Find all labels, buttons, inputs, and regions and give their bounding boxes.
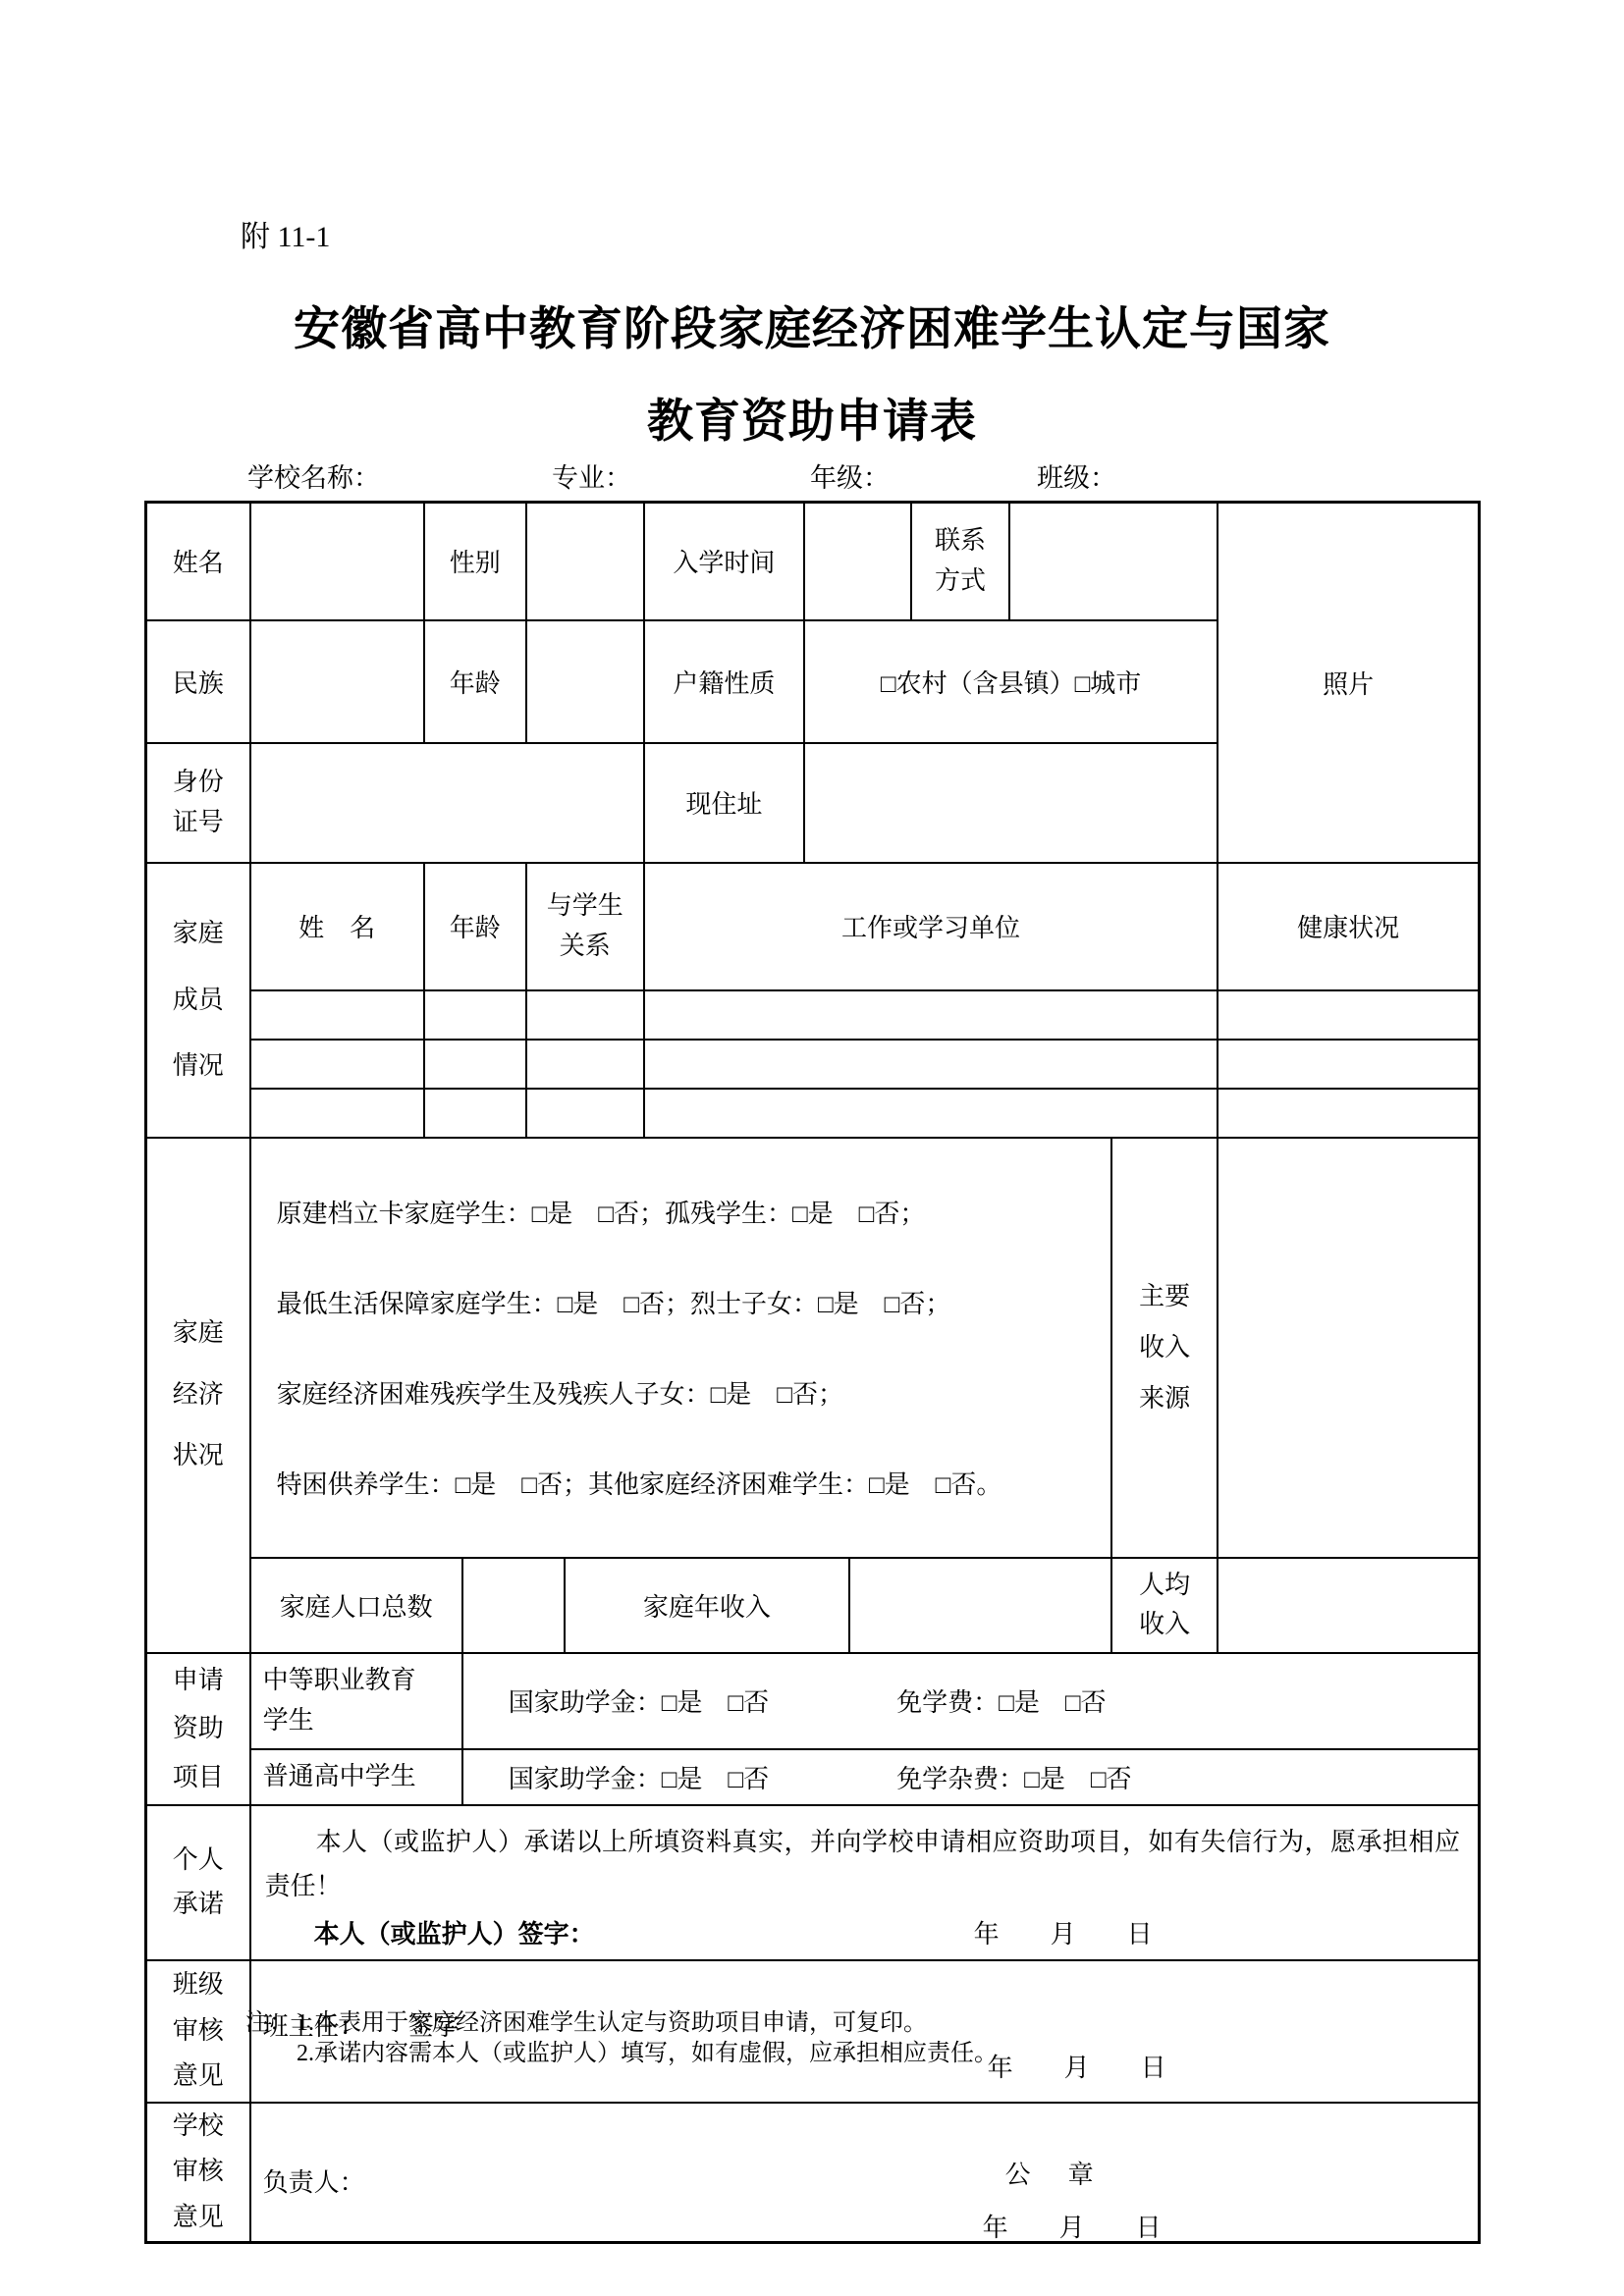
- member-name-cell: [250, 990, 424, 1040]
- major-label: 专业：: [552, 456, 631, 495]
- voc-grant-item: 国家助学金：□是 □否: [509, 1682, 769, 1719]
- high-items-cell: 国家助学金：□是 □否 免学杂费：□是 □否: [462, 1749, 1480, 1805]
- row-family-header: 家庭 成员 情况 姓 名 年龄 与学生 关系 工作或学习单位 健康状况: [146, 863, 1480, 990]
- member-age-cell: [424, 1089, 526, 1138]
- commitment-text: 本人（或监护人）承诺以上所填资料真实，并向学校申请相应资助项目，如有失信行为，愿…: [265, 1820, 1460, 1908]
- family-size-label-cell: 家庭人口总数: [250, 1558, 462, 1653]
- income-source-value-cell: [1218, 1138, 1479, 1558]
- member-health-cell: [1218, 1040, 1479, 1089]
- family-size-value-cell: [462, 1558, 565, 1653]
- contact-value-cell: [1009, 503, 1218, 620]
- family-member-row: [146, 990, 1480, 1040]
- voc-items-cell: 国家助学金：□是 □否 免学费：□是 □否: [462, 1653, 1480, 1749]
- family-col-workunit: 工作或学习单位: [644, 863, 1218, 990]
- high-fee-item: 免学杂费：□是 □否: [896, 1759, 1131, 1795]
- member-health-cell: [1218, 1089, 1479, 1138]
- id-value-cell: [250, 743, 644, 863]
- form-page: 附 11-1 安徽省高中教育阶段家庭经济困难学生认定与国家 教育资助申请表 学校…: [0, 0, 1624, 2296]
- footnote-2: 2.承诺内容需本人（或监护人）填写，如有虚假，应承担相应责任。: [297, 2039, 998, 2069]
- member-relation-cell: [526, 1040, 644, 1089]
- family-col-age: 年龄: [424, 863, 526, 990]
- photo-cell: 照片: [1218, 503, 1479, 863]
- member-workunit-cell: [644, 1089, 1218, 1138]
- class-review-date-label: 年 月 日: [988, 2048, 1166, 2084]
- member-name-cell: [250, 1089, 424, 1138]
- hukou-label-cell: 户籍性质: [644, 620, 804, 743]
- id-label-cell: 身份 证号: [146, 743, 250, 863]
- application-section-label: 申请 资助 项目: [146, 1653, 250, 1805]
- family-member-row: [146, 1040, 1480, 1089]
- school-review-section-label: 学校 审核 意见: [146, 2103, 250, 2243]
- application-form-table: 姓名 性别 入学时间 联系 方式 照片 民族 年龄 户籍性质 □农村（含县镇）□…: [144, 501, 1481, 2244]
- school-name-label: 学校名称：: [247, 456, 380, 495]
- commitment-section-label: 个人 承诺: [146, 1805, 250, 1960]
- annual-income-value-cell: [849, 1558, 1111, 1653]
- name-value-cell: [250, 503, 424, 620]
- member-workunit-cell: [644, 990, 1218, 1040]
- footnote-prefix: 注：: [245, 2008, 293, 2069]
- economic-section-label: 家庭 经济 状况: [146, 1138, 250, 1653]
- family-col-health: 健康状况: [1218, 863, 1479, 990]
- voc-category-cell: 中等职业教育 学生: [250, 1653, 462, 1749]
- economic-line-3: 家庭经济困难残疾学生及残疾人子女：□是 □否；: [277, 1372, 1106, 1417]
- contact-label-cell: 联系 方式: [911, 503, 1009, 620]
- address-value-cell: [804, 743, 1218, 863]
- member-name-cell: [250, 1040, 424, 1089]
- school-review-content-cell: 负责人： 公 章 年 月 日: [250, 2103, 1480, 2243]
- attachment-label: 附 11-1: [241, 212, 330, 255]
- member-health-cell: [1218, 990, 1479, 1040]
- grade-label: 年级：: [810, 456, 890, 495]
- row-basic-1: 姓名 性别 入学时间 联系 方式 照片: [146, 503, 1480, 620]
- member-workunit-cell: [644, 1040, 1218, 1089]
- age-value-cell: [526, 620, 644, 743]
- member-relation-cell: [526, 990, 644, 1040]
- annual-income-label-cell: 家庭年收入: [565, 1558, 849, 1653]
- gender-label-cell: 性别: [424, 503, 526, 620]
- enroll-label-cell: 入学时间: [644, 503, 804, 620]
- high-grant-item: 国家助学金：□是 □否: [509, 1759, 769, 1795]
- economic-line-4: 特困供养学生：□是 □否；其他家庭经济困难学生：□是 □否。: [277, 1463, 1106, 1508]
- member-relation-cell: [526, 1089, 644, 1138]
- economic-line-2: 最低生活保障家庭学生：□是 □否；烈士子女：□是 □否；: [277, 1282, 1106, 1327]
- gender-value-cell: [526, 503, 644, 620]
- high-category-cell: 普通高中学生: [250, 1749, 462, 1805]
- responsible-person-label: 负责人：: [263, 2163, 365, 2199]
- family-member-row: [146, 1089, 1480, 1138]
- row-app-high: 普通高中学生 国家助学金：□是 □否 免学杂费：□是 □否: [146, 1749, 1480, 1805]
- voc-fee-item: 免学费：□是 □否: [896, 1682, 1106, 1719]
- family-col-relation: 与学生 关系: [526, 863, 644, 990]
- row-app-voc: 申请 资助 项目 中等职业教育 学生 国家助学金：□是 □否 免学费：□是 □否: [146, 1653, 1480, 1749]
- hukou-options-cell: □农村（含县镇）□城市: [804, 620, 1218, 743]
- official-seal-label: 公 章: [1005, 2155, 1100, 2191]
- enroll-value-cell: [804, 503, 911, 620]
- form-title-line2: 教育资助申请表: [0, 385, 1624, 451]
- row-income: 家庭人口总数 家庭年收入 人均 收入: [146, 1558, 1480, 1653]
- member-age-cell: [424, 1040, 526, 1089]
- row-commitment: 个人 承诺 本人（或监护人）承诺以上所填资料真实，并向学校申请相应资助项目，如有…: [146, 1805, 1480, 1960]
- row-school-review: 学校 审核 意见 负责人： 公 章 年 月 日: [146, 2103, 1480, 2243]
- per-capita-value-cell: [1218, 1558, 1479, 1653]
- family-col-name: 姓 名: [250, 863, 424, 990]
- ethnic-value-cell: [250, 620, 424, 743]
- class-label: 班级：: [1037, 456, 1116, 495]
- header-fields-row: 学校名称： 专业： 年级： 班级：: [0, 454, 1624, 499]
- footnotes: 注： 1.本表用于家庭经济困难学生认定与资助项目申请，可复印。 2.承诺内容需本…: [245, 2008, 998, 2069]
- family-section-label: 家庭 成员 情况: [146, 863, 250, 1138]
- member-age-cell: [424, 990, 526, 1040]
- commitment-content-cell: 本人（或监护人）承诺以上所填资料真实，并向学校申请相应资助项目，如有失信行为，愿…: [250, 1805, 1480, 1960]
- school-review-date-label: 年 月 日: [983, 2208, 1162, 2243]
- commitment-signature-label: 本人（或监护人）签字：: [314, 1914, 595, 1950]
- economic-checkbox-cell: 原建档立卡家庭学生：□是 □否；孤残学生：□是 □否； 最低生活保障家庭学生：□…: [250, 1138, 1112, 1558]
- economic-line-1: 原建档立卡家庭学生：□是 □否；孤残学生：□是 □否；: [277, 1192, 1106, 1237]
- commitment-date-label: 年 月 日: [974, 1914, 1153, 1950]
- name-label-cell: 姓名: [146, 503, 250, 620]
- footnote-1: 1.本表用于家庭经济困难学生认定与资助项目申请，可复印。: [297, 2008, 998, 2039]
- row-economic-status: 家庭 经济 状况 原建档立卡家庭学生：□是 □否；孤残学生：□是 □否； 最低生…: [146, 1138, 1480, 1558]
- per-capita-label-cell: 人均 收入: [1111, 1558, 1218, 1653]
- age-label-cell: 年龄: [424, 620, 526, 743]
- address-label-cell: 现住址: [644, 743, 804, 863]
- ethnic-label-cell: 民族: [146, 620, 250, 743]
- form-title-line1: 安徽省高中教育阶段家庭经济困难学生认定与国家: [0, 293, 1624, 358]
- income-source-label-cell: 主要 收入 来源: [1111, 1138, 1218, 1558]
- class-review-section-label: 班级 审核 意见: [146, 1960, 250, 2103]
